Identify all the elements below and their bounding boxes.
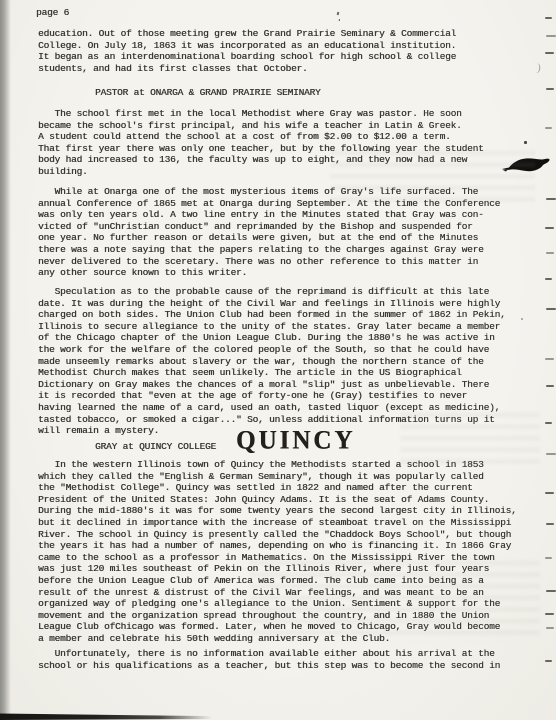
text-line: was only ten years old. A two line entry…: [38, 209, 500, 221]
margin-dash-mark: [545, 557, 552, 559]
margin-dash-mark: [546, 453, 556, 455]
margin-dash-mark: [545, 492, 554, 494]
text-line: there was a note saying that the papers …: [38, 244, 500, 256]
text-line: but it declined in importance with the i…: [38, 517, 517, 529]
margin-dash-mark: [546, 198, 556, 200]
text-line: A student could attend the school at a c…: [38, 131, 484, 143]
margin-dash-mark: [545, 660, 552, 662]
text-line: became the school's first principal, and…: [38, 120, 484, 132]
speck-artifact: [524, 141, 527, 144]
text-line: it is recorded that "even at the age of …: [38, 390, 506, 402]
text-line: Illinois to secure allegiance to the uni…: [38, 321, 506, 333]
text-line: Methodist Church makes that seem unlikel…: [38, 367, 506, 379]
body-paragraph: Unfortunately, there is no information a…: [38, 648, 500, 671]
text-line: College. On July 18, 1863 it was incorpo…: [38, 40, 456, 52]
text-line: one year. No further reason or details w…: [38, 232, 500, 244]
smudge-mark: [337, 12, 340, 15]
scan-edge-shadow: [0, 0, 11, 720]
text-line: Dictionary on Gray makes the chances of …: [38, 379, 506, 391]
margin-dash-mark: [545, 613, 554, 615]
showthrough-smudge: [250, 556, 540, 642]
text-line: any other source known to this writer.: [38, 267, 500, 279]
margin-dash-mark: [546, 308, 556, 310]
margin-dash-mark: [546, 590, 556, 592]
body-paragraph: education. Out of those meeting grew the…: [38, 28, 456, 74]
margin-dash-mark: [545, 227, 554, 229]
smudge-mark: ): [536, 62, 541, 74]
text-line: date. It was during the height of the Ci…: [38, 298, 506, 310]
margin-dash-mark: [546, 252, 554, 254]
margin-dash-mark: [545, 278, 552, 280]
text-line: which they called the "English & German …: [38, 471, 517, 483]
margin-dash-mark: [546, 35, 556, 37]
margin-dash-mark: [545, 422, 552, 424]
text-line: students, and had its first classes that…: [38, 63, 456, 75]
text-line: never delivered to the sceretary. There …: [38, 256, 500, 268]
margin-dash-mark: [546, 523, 554, 525]
margin-dash-mark: [546, 88, 554, 90]
showthrough-smudge: [330, 146, 535, 208]
text-line: the years it has had a number of names, …: [38, 540, 517, 552]
text-line: The school first met in the local Method…: [38, 108, 484, 120]
section-heading-pastor: PASTOR at ONARGA & GRAND PRAIRIE SEMINAR…: [95, 87, 321, 99]
margin-dash-mark: [546, 627, 554, 629]
bottom-scan-edge: [0, 712, 212, 720]
text-line: school or his qualifications as a teache…: [38, 660, 500, 672]
margin-dash-mark: [545, 17, 552, 19]
margin-dash-mark: [545, 52, 554, 54]
page-number: page 6: [36, 7, 69, 19]
text-line: Speculation as to the probable cause of …: [38, 286, 506, 298]
margin-dash-mark: [545, 127, 552, 129]
text-line: River. The school in Quincy is presently…: [38, 529, 517, 541]
text-line: charged on both sides. The Union Club ha…: [38, 309, 506, 321]
showthrough-smudge: [400, 408, 540, 470]
display-title-quincy: QUINCY: [236, 428, 355, 454]
section-heading-quincy: GRAY at QUINCY COLLEGE: [95, 441, 216, 453]
text-line: During the mid-1880's it was for some tw…: [38, 505, 517, 517]
text-line: education. Out of those meeting grew the…: [38, 28, 456, 40]
margin-dash-mark: [546, 385, 554, 387]
text-line: made unseemly remarks about slavery or t…: [38, 356, 506, 368]
text-line: of the Chicago chapter of the Union Leag…: [38, 332, 506, 344]
scanned-page: page 6 education. Out of those meeting g…: [0, 0, 556, 720]
text-line: victed of "unChristian conduct" and repr…: [38, 221, 500, 233]
text-line: the "Methodist College". Quincy was sett…: [38, 482, 517, 494]
text-line: Unfortunately, there is no information a…: [38, 648, 500, 660]
text-line: It began as an interdenominational board…: [38, 51, 456, 63]
speck-artifact: [521, 318, 523, 320]
text-line: the work for the welfare of the colored …: [38, 344, 506, 356]
margin-dash-mark: [545, 358, 554, 360]
text-line: President of the United States: John Qui…: [38, 494, 517, 506]
